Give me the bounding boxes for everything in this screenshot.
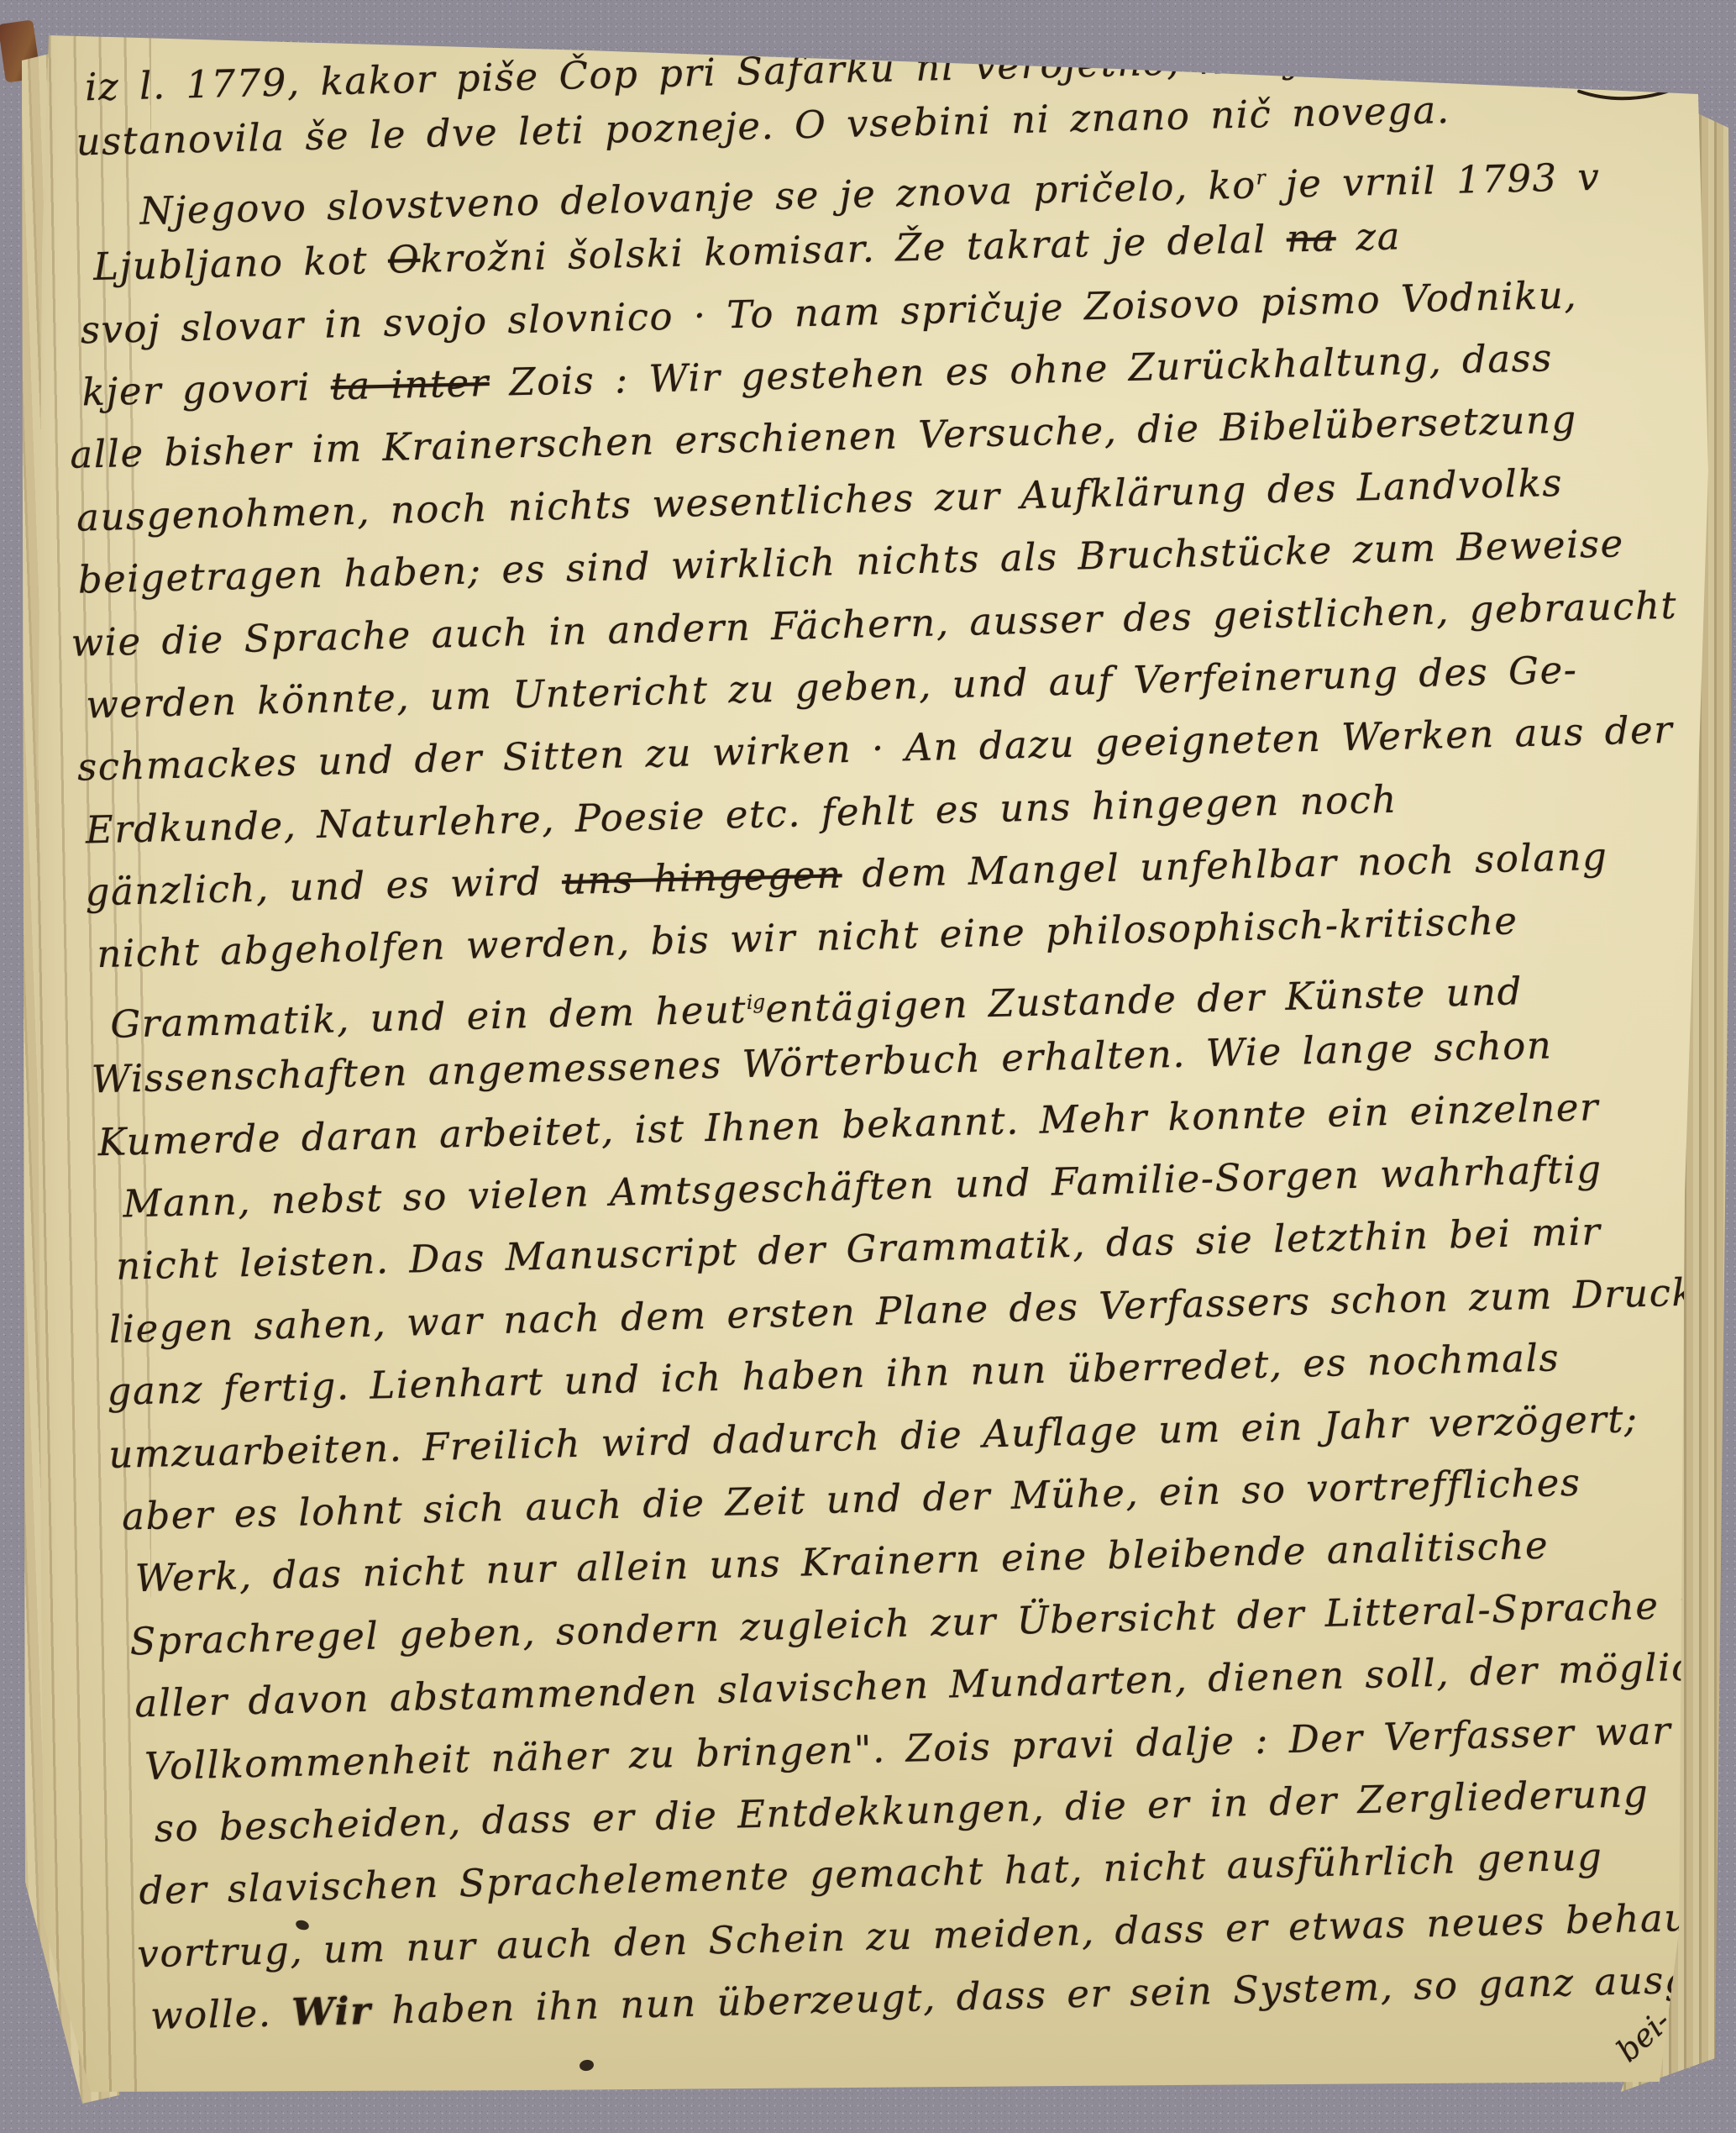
text-segment-strike: na [1286, 215, 1336, 260]
manuscript-text: iz l. 1779, kakor piše Čop pri Šafařku n… [0, 11, 1735, 2050]
text-segment: Ljubljano kot [92, 238, 388, 289]
page-number-value: 214 [1584, 35, 1686, 93]
text-segment: za [1335, 214, 1402, 260]
page-number: 214 [1584, 35, 1686, 93]
text-segment-strike: uns hingegen [561, 852, 842, 903]
text-segment: wolle. [150, 1990, 292, 2038]
text-segment: dem Mangel unfehlbar noch solang [842, 834, 1608, 896]
text-segment: je ta Academia [1268, 29, 1604, 81]
photograph-of-manuscript-page: { "page": { "number": "214", "paper_colo… [0, 0, 1736, 2133]
text-segment-bold: Wir [291, 1989, 372, 2035]
text-segment: kjer govori [81, 364, 331, 414]
text-segment: je vrnil 1793 v [1265, 155, 1601, 207]
text-segment-strike: O [387, 237, 421, 282]
manuscript-page: 214 iz l. 1779, kakor piše Čop pri Šafař… [0, 0, 1736, 2133]
text-segment-sup: ig [746, 990, 765, 1014]
ink-blot [579, 2059, 595, 2073]
text-segment: krožni šolski komisar. Že takrat je dela… [420, 217, 1288, 281]
text-segment-sup: re [1247, 40, 1269, 65]
text-segment-sup: r [1256, 165, 1266, 189]
text-segment: gänzlich, und es wird [85, 859, 563, 914]
text-segment-strike: ta inter [330, 360, 490, 408]
